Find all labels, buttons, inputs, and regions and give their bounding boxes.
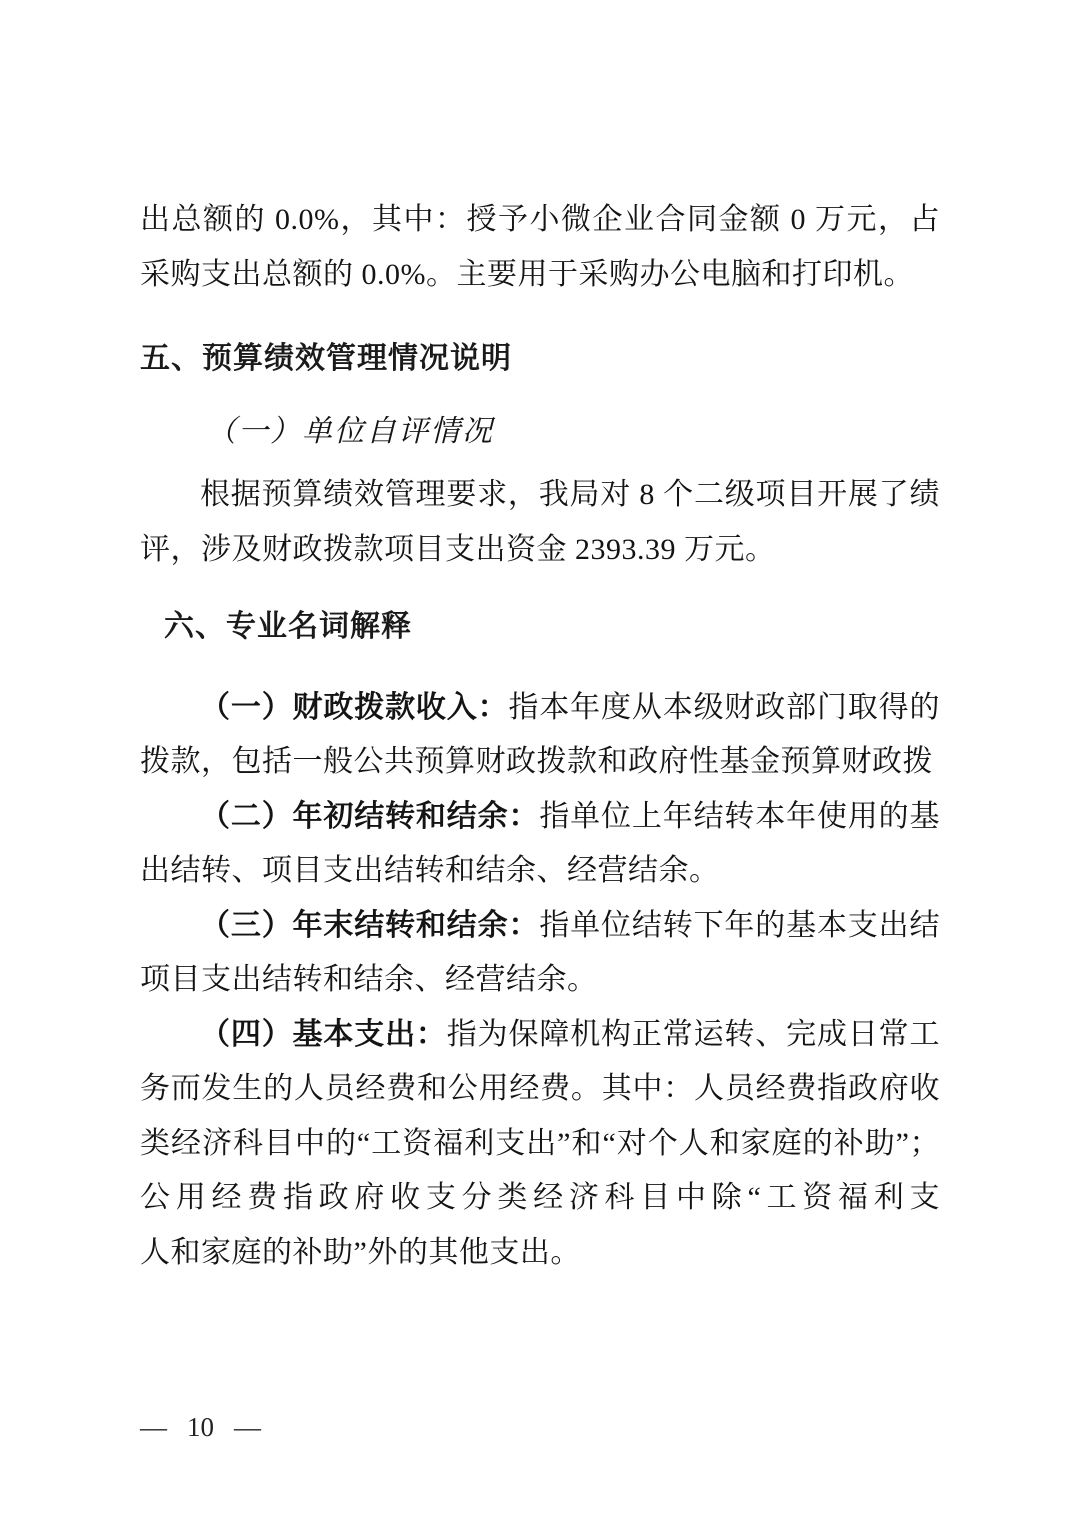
term-title: （三）年末结转和结余： (200, 909, 539, 942)
body-line: 公用经费指政府收支分类经济科目中除“工资福利支出”和“对个 (140, 1171, 940, 1226)
term-line: （一）财政拨款收入：指本年度从本级财政部门取得的财政 (140, 681, 940, 736)
term-line: （三）年末结转和结余：指单位结转下年的基本支出结转、 (140, 899, 940, 954)
body-line: 人和家庭的补助”外的其他支出。 (140, 1226, 940, 1281)
body-line: 采购支出总额的 0.0%。主要用于采购办公电脑和打印机。 (140, 248, 940, 303)
page-footer: — 10 — (140, 1400, 261, 1455)
section6-term-definitions: （一）财政拨款收入：指本年度从本级财政部门取得的财政 拨款，包括一般公共预算财政… (140, 681, 940, 1281)
section5-heading: 五、预算绩效管理情况说明 (140, 332, 940, 387)
paragraph-continuation: 出总额的 0.0%，其中：授予小微企业合同金额 0 万元，占政府 采购支出总额的… (140, 193, 940, 302)
content-area: 出总额的 0.0%，其中：授予小微企业合同金额 0 万元，占政府 采购支出总额的… (140, 193, 940, 1280)
term-title: （一）财政拨款收入： (200, 691, 508, 724)
term-line: （四）基本支出：指为保障机构正常运转、完成日常工作任 (140, 1008, 940, 1063)
body-line: 务而发生的人员经费和公用经费。其中：人员经费指政府收支分 (140, 1062, 940, 1117)
body-line: 评，涉及财政拨款项目支出资金 2393.39 万元。 (140, 523, 940, 578)
section5-sub1-heading: （一）单位自评情况 (140, 405, 940, 460)
body-line: 类经济科目中的“工资福利支出”和“对个人和家庭的补助”； (140, 1117, 940, 1172)
body-line: 项目支出结转和结余、经营结余。 (140, 953, 940, 1008)
term-title: （四）基本支出： (200, 1018, 447, 1051)
section6-heading: 六、专业名词解释 (140, 600, 940, 655)
term-title: （二）年初结转和结余： (200, 800, 539, 833)
section5-sub1-paragraph: 根据预算绩效管理要求，我局对 8 个二级项目开展了绩效自 评，涉及财政拨款项目支… (140, 468, 940, 577)
body-line: 拨款，包括一般公共预算财政拨款和政府性基金预算财政拨款。 (140, 735, 940, 790)
body-line: 根据预算绩效管理要求，我局对 8 个二级项目开展了绩效自 (140, 468, 940, 523)
document-page: 出总额的 0.0%，其中：授予小微企业合同金额 0 万元，占政府 采购支出总额的… (0, 0, 1075, 1520)
body-line: 出结转、项目支出结转和结余、经营结余。 (140, 844, 940, 899)
page-number: 10 (187, 1412, 214, 1443)
term-line: （二）年初结转和结余：指单位上年结转本年使用的基本支 (140, 790, 940, 845)
footer-left-dash: — (140, 1412, 167, 1443)
footer-right-dash: — (234, 1412, 261, 1443)
body-line: 出总额的 0.0%，其中：授予小微企业合同金额 0 万元，占政府 (140, 193, 940, 248)
